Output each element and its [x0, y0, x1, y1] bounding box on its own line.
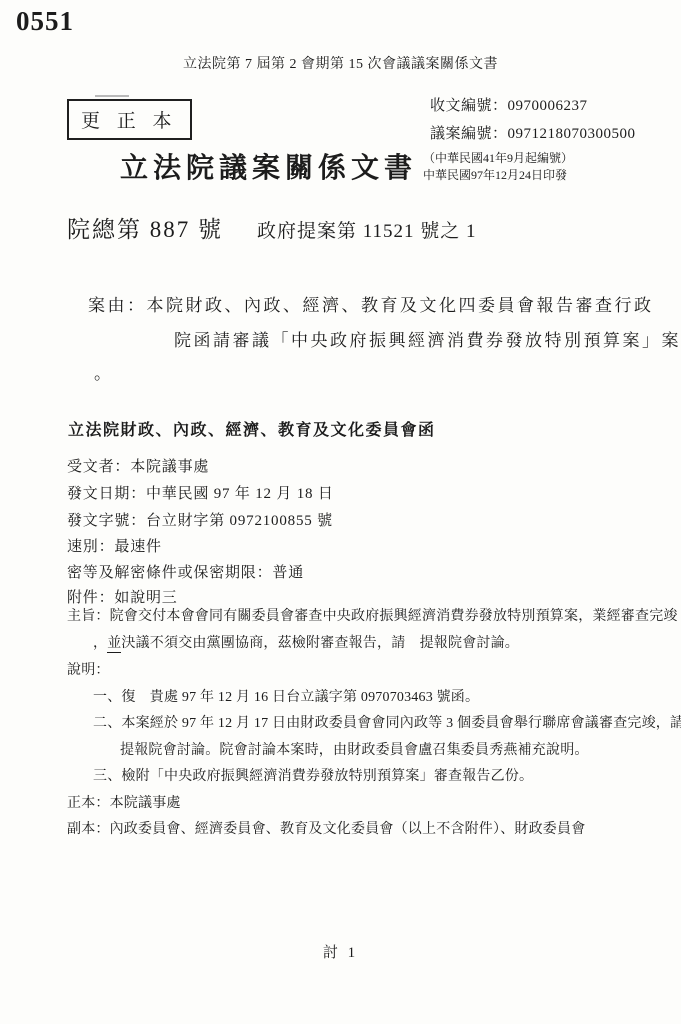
explanation-item-3: 三、檢附「中央政府振興經濟消費券發放特別預算案」審查報告乙份。	[93, 765, 533, 785]
page-footer: 討 1	[0, 941, 681, 962]
government-proposal-number: 政府提案第 11521 號之 1	[257, 216, 477, 243]
explanation-item-1: 一、復 貴處 97 年 12 月 16 日台立議字第 0970703463 號函…	[93, 686, 479, 706]
document-page: 0551 立法院第 7 屆第 2 會期第 15 次會議議案關係文書 更 正 本 …	[0, 0, 681, 1024]
field-reference-number: 發文字號：台立財字第 0972100855 號	[67, 509, 333, 530]
bill-number: 議案編號：0971218070300500	[430, 122, 636, 143]
explanation-heading: 說明：	[67, 659, 110, 679]
document-title: 立法院議案關係文書	[120, 146, 417, 186]
field-recipient: 受文者：本院議事處	[67, 455, 209, 476]
carbon-copy-recipients: 副本：內政委員會、經濟委員會、教育及文化委員會（以上不含附件）、財政委員會	[67, 818, 585, 838]
title-notes: （中華民國41年9月起編號） 中華民國97年12月24日印發	[423, 146, 573, 185]
case-summary-line-1: 案由：本院財政、內政、經濟、教育及文化四委員會報告審查行政	[88, 291, 654, 316]
docket-row: 院總第 887 號 政府提案第 11521 號之 1	[67, 211, 477, 244]
original-copy-recipient: 正本：本院議事處	[67, 792, 181, 812]
subject-line-2-post: 決議不須交由黨團協商，茲檢附審查報告，請 提報院會討論。	[121, 636, 519, 651]
page-corner-number: 0551	[16, 6, 74, 37]
case-summary-line-3: 。	[94, 359, 114, 384]
case-summary-line-2: 院函請審議「中央政府振興經濟消費券發放特別預算案」案	[174, 326, 681, 351]
field-attachment: 附件：如說明三	[67, 586, 178, 607]
subject-line-2-pre: ，	[93, 636, 107, 651]
explanation-item-2-line-1: 二、本案經於 97 年 12 月 17 日由財政委員會會同內政等 3 個委員會舉…	[93, 712, 681, 732]
receipt-number: 收文編號：0970006237	[430, 94, 588, 115]
subject-line-1: 主旨：院會交付本會會同有關委員會審查中央政府振興經濟消費券發放特別預算案，業經審…	[67, 605, 678, 625]
field-priority: 速別：最速件	[67, 535, 162, 556]
session-header: 立法院第 7 屆第 2 會期第 15 次會議議案關係文書	[0, 53, 681, 73]
title-note-2: 中華民國97年12月24日印發	[423, 168, 567, 182]
field-issue-date: 發文日期：中華民國 97 年 12 月 18 日	[67, 482, 334, 503]
committee-letter-heading: 立法院財政、內政、經濟、教育及文化委員會函	[68, 417, 436, 440]
corrected-copy-stamp: 更 正 本	[67, 99, 192, 140]
document-title-row: 立法院議案關係文書 （中華民國41年9月起編號） 中華民國97年12月24日印發	[120, 146, 573, 186]
title-note-1: （中華民國41年9月起編號）	[423, 151, 573, 165]
subject-line-2-underlined: 並	[107, 636, 121, 653]
scan-artifact	[95, 95, 129, 97]
field-security-level: 密等及解密條件或保密期限：普通	[67, 561, 304, 582]
subject-line-2: ，並決議不須交由黨團協商，茲檢附審查報告，請 提報院會討論。	[93, 632, 519, 652]
explanation-item-2-line-2: 提報院會討論。院會討論本案時，由財政委員會盧召集委員秀燕補充說明。	[120, 739, 589, 759]
council-docket-number: 院總第 887 號	[67, 211, 223, 244]
